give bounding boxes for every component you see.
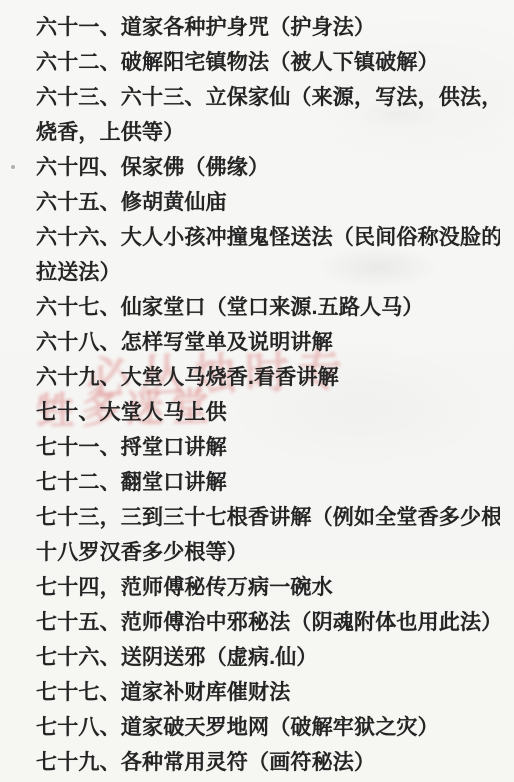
toc-line-72: 七十二、翻堂口讲解 <box>36 465 500 500</box>
toc-line-77: 七十七、道家补财库催财法 <box>36 675 500 710</box>
toc-line-64: 六十四、保家佛（佛缘） <box>36 150 500 185</box>
toc-line-63: 六十三、六十三、立保家仙（来源，写法，供法， <box>36 80 500 115</box>
ink-speck <box>11 165 15 169</box>
toc-line-68: 六十八、怎样写堂单及说明讲解 <box>36 325 500 360</box>
toc-line-63-wrap: 烧香，上供等） <box>36 115 500 150</box>
scanned-page: 必丛烛时专 甡多迷堂 六十一、道家各种护身咒（护身法） 六十二、破解阳宅镇物法（… <box>0 0 514 782</box>
toc-line-76: 七十六、送阴送邪（虚病.仙） <box>36 640 500 675</box>
toc-line-78: 七十八、道家破天罗地网（破解牢狱之灾） <box>36 710 500 745</box>
toc-line-74: 七十四，范师傅秘传万病一碗水 <box>36 570 500 605</box>
toc-text-block: 六十一、道家各种护身咒（护身法） 六十二、破解阳宅镇物法（被人下镇破解） 六十三… <box>36 10 500 780</box>
toc-line-73: 七十三，三到三十七根香讲解（例如全堂香多少根， <box>36 500 500 535</box>
toc-line-71: 七十一、捋堂口讲解 <box>36 430 500 465</box>
toc-line-79: 七十九、各种常用灵符（画符秘法） <box>36 745 500 780</box>
toc-line-75: 七十五、范师傅治中邪秘法（阴魂附体也用此法） <box>36 605 500 640</box>
toc-line-61: 六十一、道家各种护身咒（护身法） <box>36 10 500 45</box>
toc-line-69: 六十九、大堂人马烧香.看香讲解 <box>36 360 500 395</box>
toc-line-66: 六十六、大人小孩冲撞鬼怪送法（民间俗称没脸的， <box>36 220 500 255</box>
toc-line-65: 六十五、修胡黄仙庙 <box>36 185 500 220</box>
toc-line-67: 六十七、仙家堂口（堂口来源.五路人马） <box>36 290 500 325</box>
toc-line-66-wrap: 拉送法） <box>36 255 500 290</box>
toc-line-62: 六十二、破解阳宅镇物法（被人下镇破解） <box>36 45 500 80</box>
toc-line-73-wrap: 十八罗汉香多少根等） <box>36 535 500 570</box>
toc-line-70: 七十、大堂人马上供 <box>36 395 500 430</box>
